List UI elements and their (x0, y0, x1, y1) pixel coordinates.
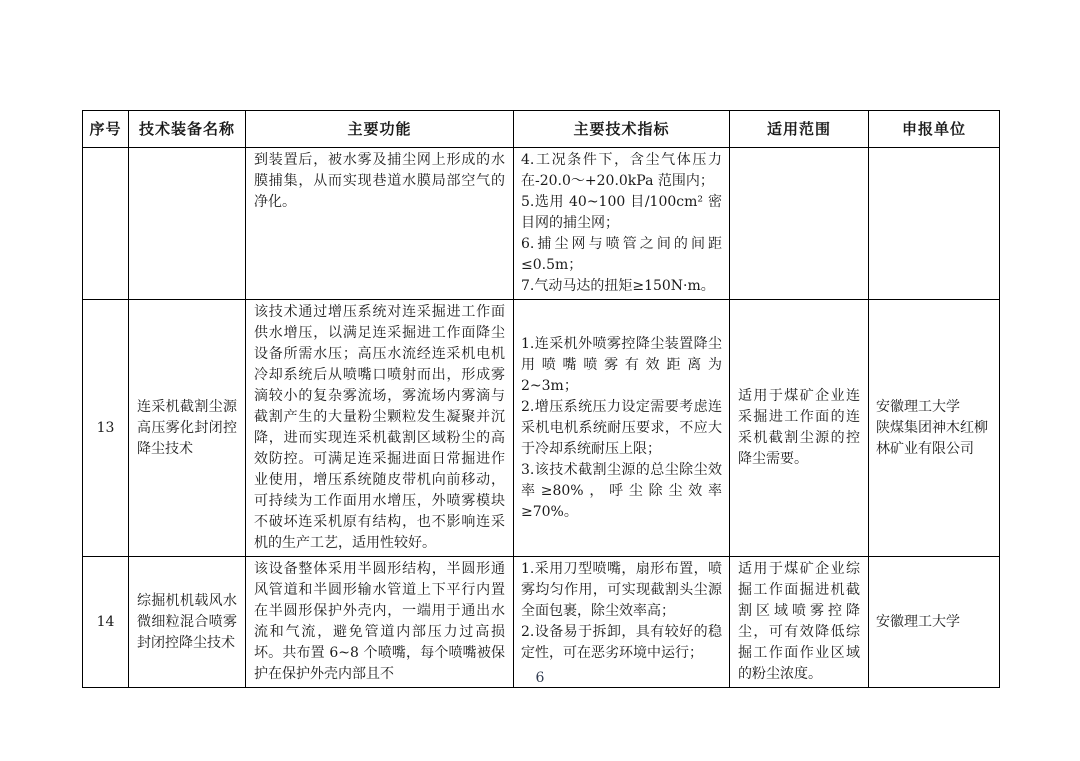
header-equipment-name: 技术装备名称 (129, 111, 246, 148)
cell-function: 到装置后，被水雾及捕尘网上形成的水膜捕集，从而实现巷道水膜局部空气的净化。 (246, 148, 514, 300)
table-header-row: 序号 技术装备名称 主要功能 主要技术指标 适用范围 申报单位 (83, 111, 1000, 148)
cell-seq: 13 (83, 300, 129, 557)
cell-function: 该设备整体采用半圆形结构，半圆形通风管道和半圆形输水管道上下平行内置在半圆形保护… (246, 557, 514, 688)
cell-name: 连采机截割尘源高压雾化封闭控降尘技术 (129, 300, 246, 557)
cell-scope: 适用于煤矿企业综掘工作面掘进机截割区域喷雾控降尘，可有效降低综掘工作面作业区域的… (730, 557, 869, 688)
cell-unit: 安徽理工大学 (869, 557, 1000, 688)
cell-seq: 14 (83, 557, 129, 688)
table-row-14: 14 综掘机机载风水微细粒混合喷雾封闭控降尘技术 该设备整体采用半圆形结构，半圆… (83, 557, 1000, 688)
tech-equipment-table: 序号 技术装备名称 主要功能 主要技术指标 适用范围 申报单位 到装置后，被水雾… (82, 110, 1000, 688)
table-row-continuation: 到装置后，被水雾及捕尘网上形成的水膜捕集，从而实现巷道水膜局部空气的净化。 4.… (83, 148, 1000, 300)
cell-indicators: 1.采用刀型喷嘴，扇形布置，喷雾均匀作用，可实现截割头尘源全面包裹，除尘效率高；… (514, 557, 730, 688)
cell-indicators: 1.连采机外喷雾控降尘装置降尘用喷嘴喷雾有效距离为 2~3m； 2.增压系统压力… (514, 300, 730, 557)
document-page: 序号 技术装备名称 主要功能 主要技术指标 适用范围 申报单位 到装置后，被水雾… (0, 0, 1080, 761)
cell-indicators: 4.工况条件下，含尘气体压力在-20.0～+20.0kPa 范围内； 5.选用 … (514, 148, 730, 300)
header-applicable-scope: 适用范围 (730, 111, 869, 148)
cell-seq (83, 148, 129, 300)
header-seq: 序号 (83, 111, 129, 148)
cell-scope (730, 148, 869, 300)
header-main-function: 主要功能 (246, 111, 514, 148)
cell-unit (869, 148, 1000, 300)
cell-unit: 安徽理工大学 陕煤集团神木红柳林矿业有限公司 (869, 300, 1000, 557)
cell-name (129, 148, 246, 300)
cell-function: 该技术通过增压系统对连采掘进工作面供水增压，以满足连采掘进工作面降尘设备所需水压… (246, 300, 514, 557)
header-technical-indicators: 主要技术指标 (514, 111, 730, 148)
cell-name: 综掘机机载风水微细粒混合喷雾封闭控降尘技术 (129, 557, 246, 688)
page-number: 6 (0, 670, 1080, 686)
table-row-13: 13 连采机截割尘源高压雾化封闭控降尘技术 该技术通过增压系统对连采掘进工作面供… (83, 300, 1000, 557)
header-declaring-unit: 申报单位 (869, 111, 1000, 148)
cell-scope: 适用于煤矿企业连采掘进工作面的连采机截割尘源的控降尘需要。 (730, 300, 869, 557)
